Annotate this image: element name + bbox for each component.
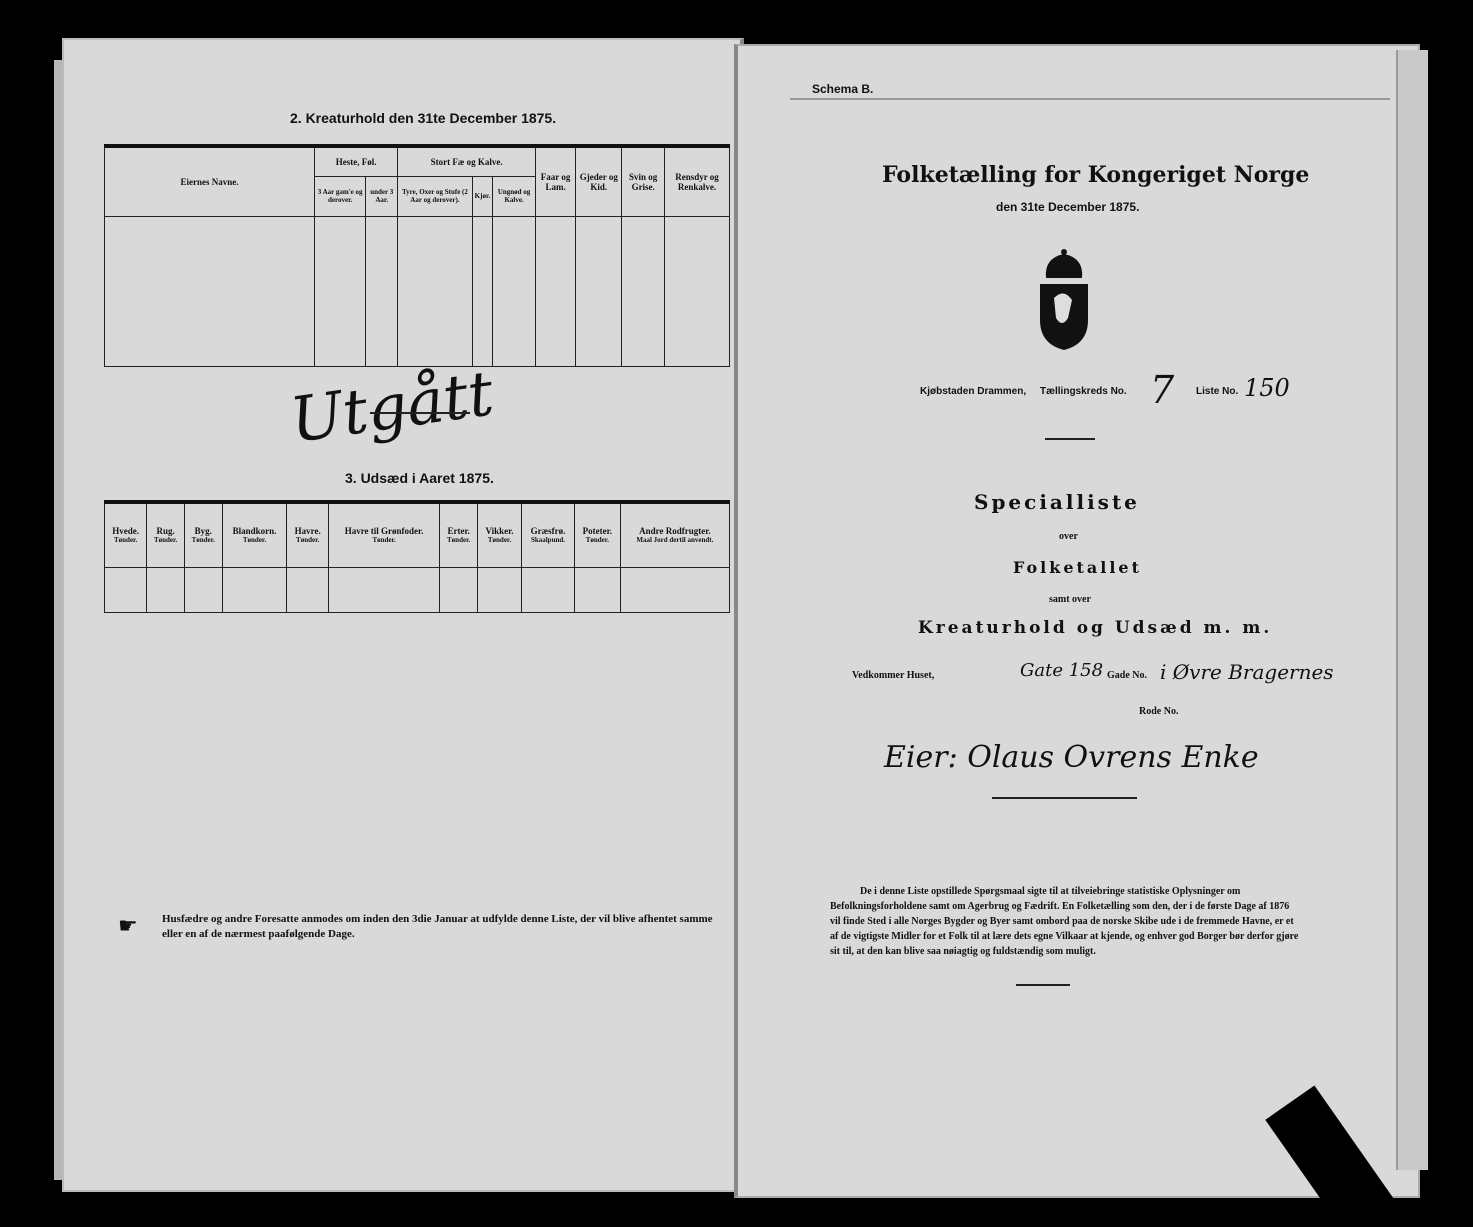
schema-rule (790, 98, 1390, 100)
hand-stroke (370, 412, 470, 414)
section3-title: 3. Udsæd i Aaret 1875. (345, 470, 494, 486)
norwegian-coat-of-arms-icon (1034, 248, 1094, 352)
col-owner: Eiernes Navne. (105, 146, 315, 216)
house-label: Vedkommer Huset, (852, 670, 934, 681)
house-value: Gate 158 (1020, 660, 1103, 681)
col-cattle-young: Ungnød og Kalve. (493, 176, 536, 216)
col-horses-old: 3 Aar gam'e og derover. (315, 176, 366, 216)
over-text: over (1059, 531, 1078, 542)
specialliste-heading: Specialliste (974, 490, 1140, 514)
list-label: Liste No. (1196, 386, 1238, 397)
folketallet-text: Folketallet (1013, 558, 1142, 577)
seed-table: Hvede.Tønder. Rug.Tønder. Byg.Tønder. Bl… (104, 500, 730, 613)
pointing-hand-icon: ☛ (118, 914, 138, 939)
main-title: Folketælling for Kongeriget Norge (882, 162, 1309, 188)
col-poteter: Poteter.Tønder. (574, 502, 620, 567)
col-byg: Byg.Tønder. (184, 502, 222, 567)
col-andre-rodfrugter: Andre Rodfrugter.Maal Jord dertil anvend… (620, 502, 729, 567)
col-cattle-cows: Kjør. (472, 176, 493, 216)
page-edge (1396, 50, 1428, 1170)
list-number: 150 (1244, 374, 1290, 402)
kreaturhold-text: Kreaturhold og Udsæd m. m. (918, 618, 1272, 638)
col-cattle-bulls: Tyre, Oxer og Stufe (2 Aar og derover). (398, 176, 472, 216)
col-blandkorn: Blandkorn.Tønder. (222, 502, 287, 567)
col-vikker: Vikker.Tønder. (477, 502, 521, 567)
notice-text: Husfædre og andre Foresatte anmodes om i… (162, 912, 722, 942)
gade-label: Gade No. (1107, 670, 1147, 681)
gade-value: i Øvre Bragernes (1160, 660, 1334, 684)
divider-2 (992, 797, 1137, 799)
samt-over-text: samt over (1049, 594, 1091, 605)
col-havre-gronfoder: Havre til Grønfoder.Tønder. (328, 502, 439, 567)
col-sheep: Faar og Lam. (535, 146, 575, 216)
divider-3 (1016, 984, 1070, 986)
col-goats: Gjeder og Kid. (576, 146, 622, 216)
census-date: den 31te December 1875. (996, 200, 1139, 214)
col-horses: Heste, Føl. (315, 146, 398, 176)
district-number: 7 (1150, 368, 1174, 412)
col-pigs: Svin og Grise. (622, 146, 665, 216)
col-cattle: Stort Fæ og Kalve. (398, 146, 536, 176)
seed-empty-row (105, 567, 730, 612)
owner-handwritten: Eier: Olaus Ovrens Enke (884, 740, 1259, 775)
col-erter: Erter.Tønder. (440, 502, 478, 567)
rode-label: Rode No. (1139, 706, 1178, 717)
livestock-table: Eiernes Navne. Heste, Føl. Stort Fæ og K… (104, 144, 730, 367)
schema-label: Schema B. (812, 82, 873, 96)
section2-title: 2. Kreaturhold den 31te December 1875. (290, 110, 556, 126)
col-hvede: Hvede.Tønder. (105, 502, 147, 567)
livestock-empty-row (105, 216, 730, 366)
col-horses-young: under 3 Aar. (366, 176, 398, 216)
col-rug: Rug.Tønder. (147, 502, 185, 567)
col-reindeer: Rensdyr og Renkalve. (665, 146, 730, 216)
district-label: Tællingskreds No. (1040, 386, 1127, 397)
col-havre: Havre.Tønder. (287, 502, 328, 567)
divider-1 (1045, 438, 1095, 440)
explanatory-paragraph: De i denne Liste opstillede Spørgsmaal s… (830, 884, 1302, 959)
location-label: Kjøbstaden Drammen, (920, 386, 1026, 397)
col-graesfro: Græsfrø.Skaalpund. (522, 502, 575, 567)
